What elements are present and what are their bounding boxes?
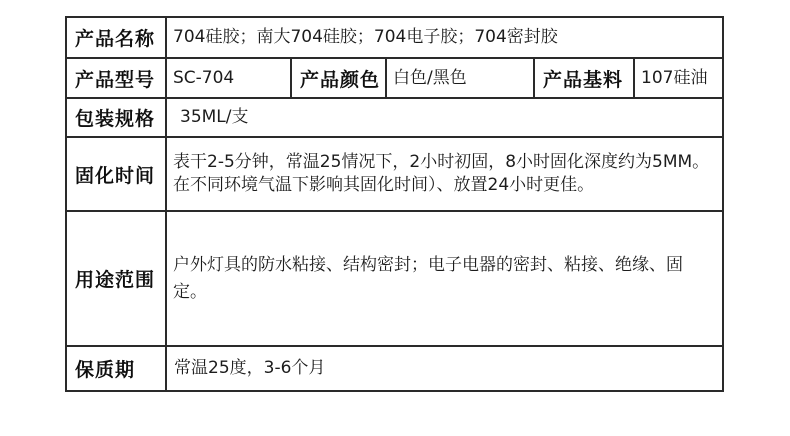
row-model-color-base: 产品型号 SC-704 产品颜色 白色/黑色 产品基料 107硅油	[66, 58, 723, 98]
shelf-life-value: 常温25度，3-6个月	[166, 346, 723, 391]
product-base-label: 产品基料	[534, 58, 634, 98]
product-spec-table: 产品名称 704硅胶；南大704硅胶；704电子胶；704密封胶 产品型号 SC…	[65, 16, 724, 392]
product-model-value: SC-704	[166, 58, 291, 98]
curing-time-label: 固化时间	[66, 137, 166, 211]
product-color-label: 产品颜色	[291, 58, 386, 98]
product-name-value: 704硅胶；南大704硅胶；704电子胶；704密封胶	[166, 17, 723, 58]
product-model-label: 产品型号	[66, 58, 166, 98]
row-curing-time: 固化时间 表干2-5分钟，常温25情况下，2小时初固，8小时固化深度约为5MM。…	[66, 137, 723, 211]
packaging-spec-value: 35ML/支	[166, 98, 723, 137]
packaging-spec-label: 包装规格	[66, 98, 166, 137]
product-spec-image: 产品名称 704硅胶；南大704硅胶；704电子胶；704密封胶 产品型号 SC…	[0, 0, 790, 436]
product-name-label: 产品名称	[66, 17, 166, 58]
shelf-life-label: 保质期	[66, 346, 166, 391]
row-usage-range: 用途范围 户外灯具的防水粘接、结构密封；电子电器的密封、粘接、绝缘、固定。	[66, 211, 723, 346]
row-shelf-life: 保质期 常温25度，3-6个月	[66, 346, 723, 391]
usage-range-label: 用途范围	[66, 211, 166, 346]
row-product-name: 产品名称 704硅胶；南大704硅胶；704电子胶；704密封胶	[66, 17, 723, 58]
product-base-value: 107硅油	[634, 58, 723, 98]
usage-range-value: 户外灯具的防水粘接、结构密封；电子电器的密封、粘接、绝缘、固定。	[166, 211, 723, 346]
product-color-value: 白色/黑色	[386, 58, 534, 98]
curing-time-value: 表干2-5分钟，常温25情况下，2小时初固，8小时固化深度约为5MM。在不同环境…	[166, 137, 723, 211]
row-packaging-spec: 包装规格 35ML/支	[66, 98, 723, 137]
